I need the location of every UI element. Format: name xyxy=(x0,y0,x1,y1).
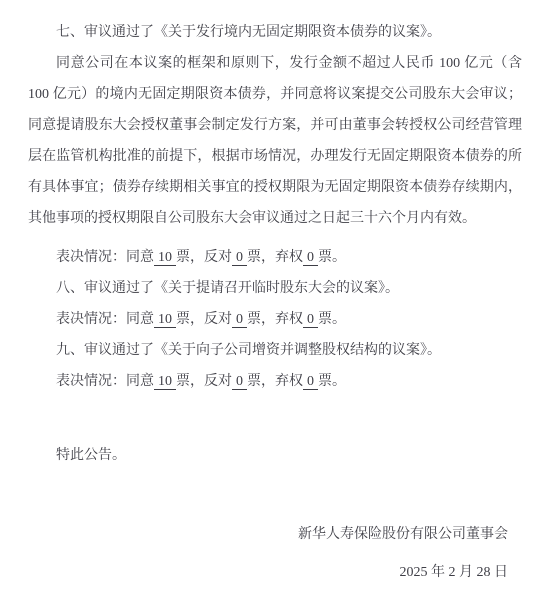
section-7-body: 同意公司在本议案的框架和原则下，发行金额不超过人民币 100 亿元（含 100 … xyxy=(28,48,522,234)
vote-suffix: 票。 xyxy=(318,312,346,327)
vote-label: 表决情况：同意 xyxy=(56,374,154,389)
vote-abstain-count: 0 xyxy=(303,312,318,328)
closing-statement: 特此公告。 xyxy=(28,440,522,471)
section-7-vote-line: 表决情况：同意10票，反对0票，弃权0票。 xyxy=(28,242,522,273)
vote-separator: 票，反对 xyxy=(176,374,232,389)
section-9-heading: 九、审议通过了《关于向子公司增资并调整股权结构的议案》。 xyxy=(28,335,522,366)
announcement-document: 七、审议通过了《关于发行境内无固定期限资本债券的议案》。 同意公司在本议案的框架… xyxy=(0,0,550,590)
vote-suffix: 票。 xyxy=(318,374,346,389)
vote-abstain-count: 0 xyxy=(303,374,318,390)
section-7-heading: 七、审议通过了《关于发行境内无固定期限资本债券的议案》。 xyxy=(28,17,522,48)
vote-separator: 票，反对 xyxy=(176,312,232,327)
section-8-vote-line: 表决情况：同意10票，反对0票，弃权0票。 xyxy=(28,304,522,335)
vote-separator: 票，反对 xyxy=(176,250,232,265)
vote-agree-count: 10 xyxy=(154,312,176,328)
vote-abstain-count: 0 xyxy=(303,250,318,266)
vote-suffix: 票。 xyxy=(318,250,346,265)
signature-block: 新华人寿保险股份有限公司董事会 2025 年 2 月 28 日 xyxy=(28,519,522,588)
announcement-date: 2025 年 2 月 28 日 xyxy=(28,557,508,588)
vote-label: 表决情况：同意 xyxy=(56,312,154,327)
vote-agree-count: 10 xyxy=(154,374,176,390)
vote-label: 表决情况：同意 xyxy=(56,250,154,265)
vote-separator: 票，弃权 xyxy=(247,374,303,389)
vote-against-count: 0 xyxy=(232,374,247,390)
section-8-heading: 八、审议通过了《关于提请召开临时股东大会的议案》。 xyxy=(28,273,522,304)
vote-separator: 票，弃权 xyxy=(247,250,303,265)
vote-against-count: 0 xyxy=(232,312,247,328)
vote-agree-count: 10 xyxy=(154,250,176,266)
vote-separator: 票，弃权 xyxy=(247,312,303,327)
vote-against-count: 0 xyxy=(232,250,247,266)
board-signature: 新华人寿保险股份有限公司董事会 xyxy=(28,519,508,550)
section-9-vote-line: 表决情况：同意10票，反对0票，弃权0票。 xyxy=(28,366,522,397)
